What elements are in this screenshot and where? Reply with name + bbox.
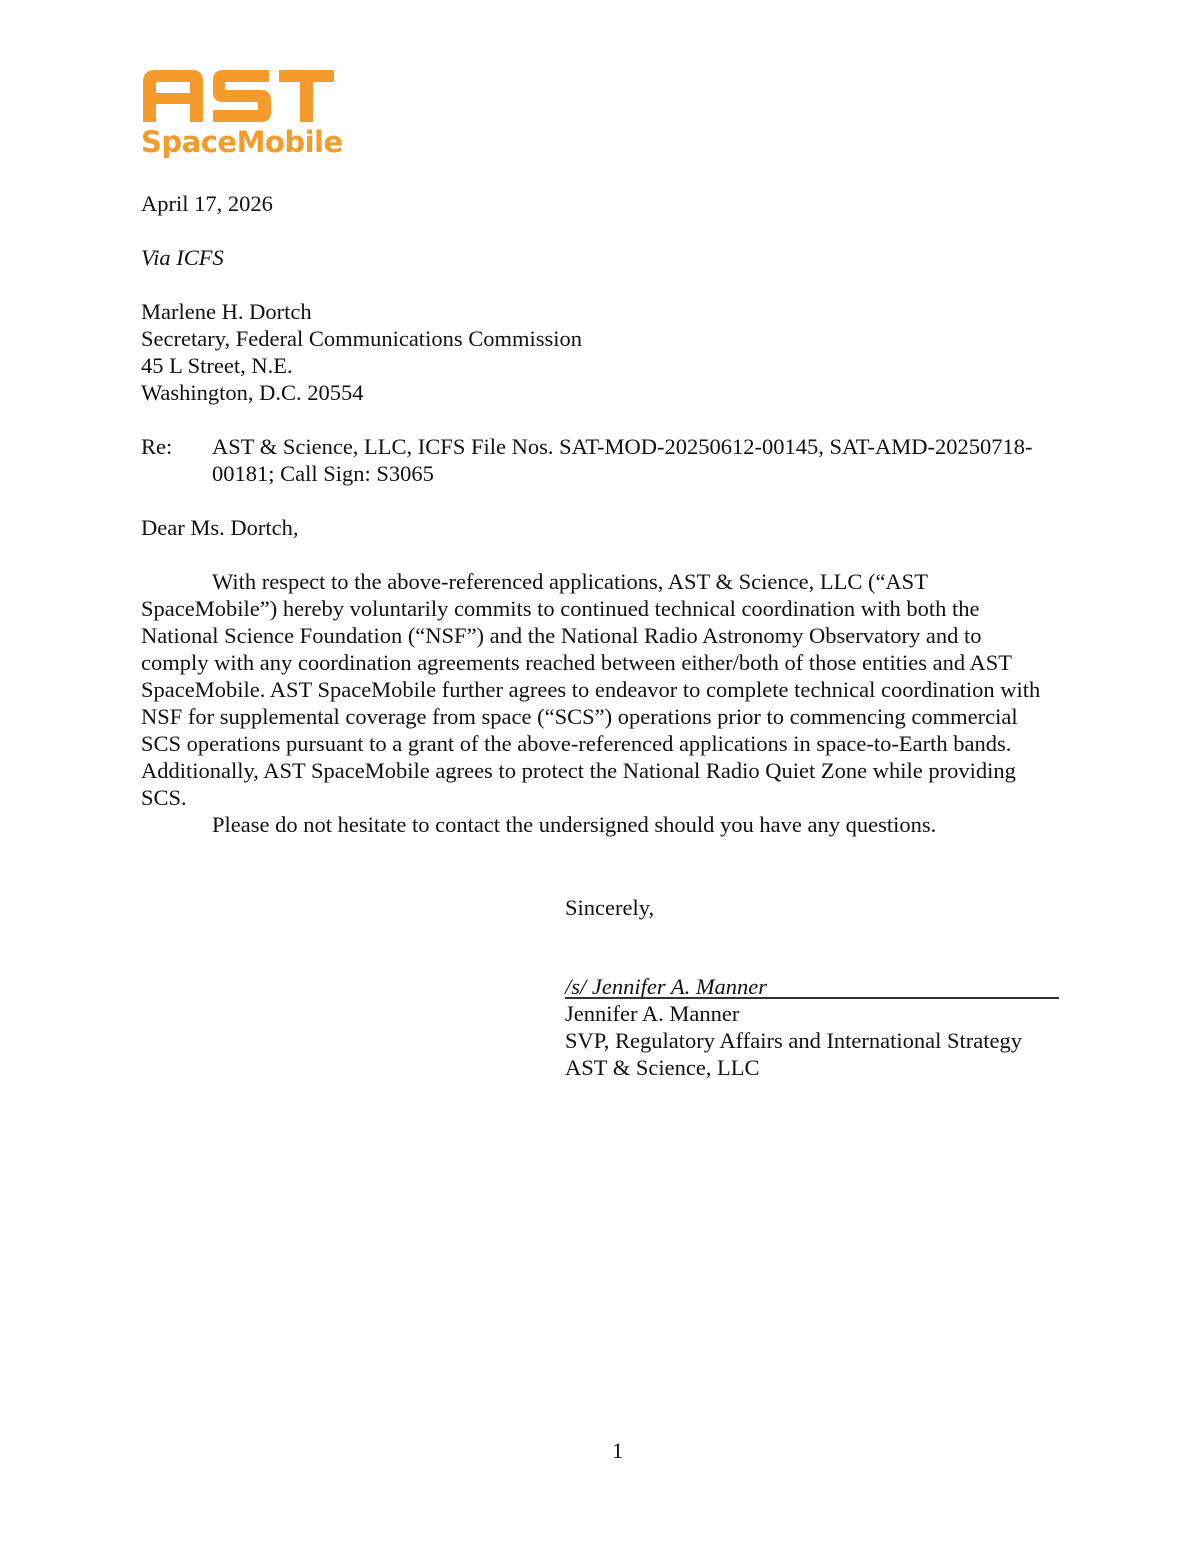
- subject-label: Re:: [141, 433, 172, 460]
- body-line: NSF for supplemental coverage from space…: [141, 703, 1101, 730]
- body-line: With respect to the above-referenced app…: [141, 568, 1101, 595]
- subject-line-2: 00181; Call Sign: S3065: [212, 460, 434, 487]
- letter-date: April 17, 2026: [141, 190, 273, 217]
- body-line: SCS.: [141, 784, 1101, 811]
- body-line: SCS operations pursuant to a grant of th…: [141, 730, 1101, 757]
- signer-company: AST & Science, LLC: [565, 1054, 760, 1081]
- recipient-name: Marlene H. Dortch: [141, 298, 312, 325]
- electronic-signature: /s/ Jennifer A. Manner: [565, 973, 767, 1000]
- delivery-method: Via ICFS: [141, 244, 224, 271]
- body-line: Additionally, AST SpaceMobile agrees to …: [141, 757, 1101, 784]
- recipient-city: Washington, D.C. 20554: [141, 379, 364, 406]
- body-paragraph-1: With respect to the above-referenced app…: [141, 568, 1101, 811]
- ast-logo-mark: [141, 66, 336, 122]
- recipient-title: Secretary, Federal Communications Commis…: [141, 325, 582, 352]
- company-logo: SpaceMobile: [141, 66, 336, 162]
- body-paragraph-2: Please do not hesitate to contact the un…: [141, 811, 1101, 838]
- logo-wordmark: SpaceMobile: [141, 124, 343, 160]
- signer-name: Jennifer A. Manner: [565, 1000, 739, 1027]
- body-line: Please do not hesitate to contact the un…: [141, 811, 1101, 838]
- valediction: Sincerely,: [565, 894, 654, 921]
- body-line: comply with any coordination agreements …: [141, 649, 1101, 676]
- body-line: National Science Foundation (“NSF”) and …: [141, 622, 1101, 649]
- page-number: 1: [612, 1437, 623, 1464]
- subject-line-1: AST & Science, LLC, ICFS File Nos. SAT-M…: [212, 433, 1032, 460]
- salutation: Dear Ms. Dortch,: [141, 514, 298, 541]
- signature-line: [565, 997, 1059, 999]
- body-line: SpaceMobile. AST SpaceMobile further agr…: [141, 676, 1101, 703]
- signer-title: SVP, Regulatory Affairs and Internationa…: [565, 1027, 1022, 1054]
- body-line: SpaceMobile”) hereby voluntarily commits…: [141, 595, 1101, 622]
- recipient-street: 45 L Street, N.E.: [141, 352, 293, 379]
